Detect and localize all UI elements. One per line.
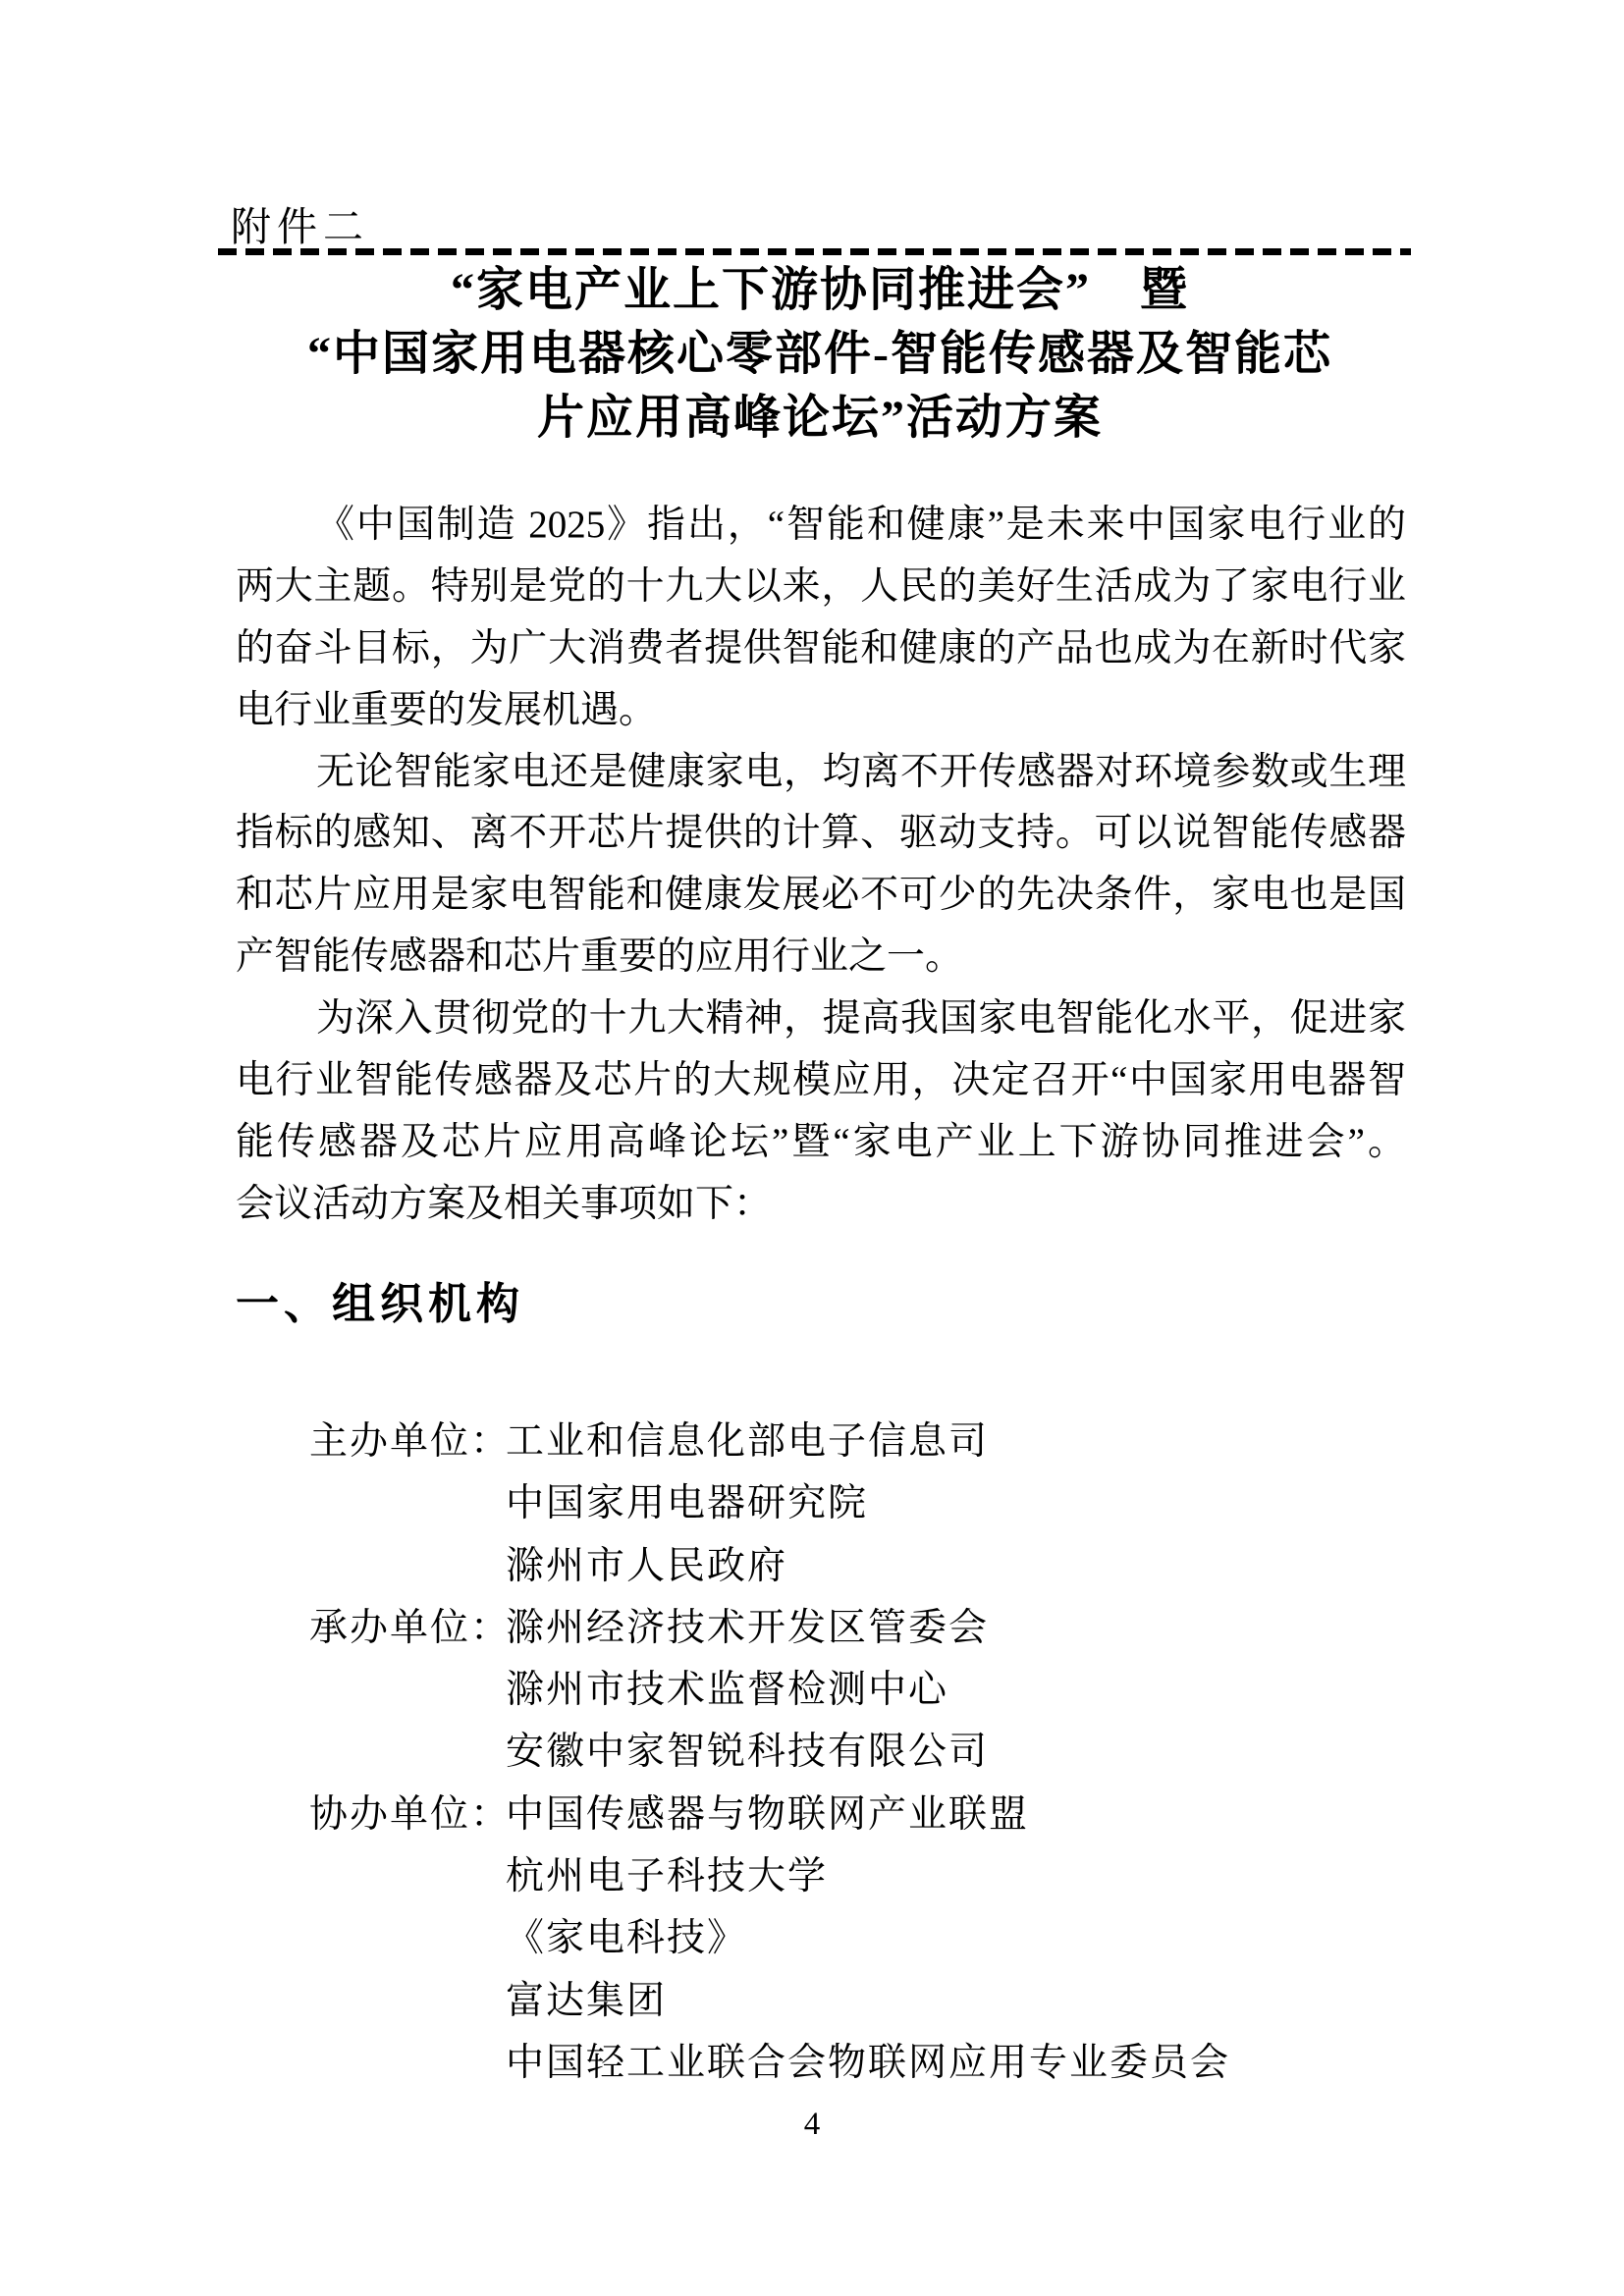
org-role-label: 协办单位： — [309, 1784, 506, 1845]
org-row: 《家电科技》 — [309, 1907, 1419, 1969]
org-row: 富达集团 — [309, 1970, 1419, 2032]
paragraph-line: 为深入贯彻党的十九大精神，提高我国家电智能化水平，促进家 — [236, 988, 1406, 1050]
title-line: 片应用高峰论坛”活动方案 — [234, 386, 1406, 450]
org-name: 滁州市人民政府 — [506, 1545, 787, 1587]
section-heading-organization: 一、组织机构 — [236, 1277, 524, 1332]
paragraph-line: 电行业智能传感器及芯片的大规模应用，决定召开“中国家用电器智 — [236, 1050, 1406, 1112]
org-name: 中国轻工业联合会物联网应用专业委员会 — [506, 2042, 1230, 2084]
org-name: 富达集团 — [506, 1980, 667, 2022]
org-role-label: 主办单位： — [309, 1411, 506, 1472]
org-row: 承办单位：滁州经济技术开发区管委会 — [309, 1597, 1419, 1659]
paragraph-line: 《中国制造 2025》指出，“智能和健康”是未来中国家电行业的 — [236, 495, 1406, 557]
org-row: 中国轻工业联合会物联网应用专业委员会 — [309, 2032, 1419, 2094]
attachment-label: 附件二 — [231, 202, 369, 251]
org-row: 主办单位：工业和信息化部电子信息司 — [309, 1411, 1419, 1472]
org-name: 中国传感器与物联网产业联盟 — [506, 1793, 1029, 1836]
paragraph-line: 电行业重要的发展机遇。 — [236, 680, 1406, 742]
org-row: 协办单位：中国传感器与物联网产业联盟 — [309, 1784, 1419, 1845]
document-title: “家电产业上下游协同推进会” 暨 “中国家用电器核心零部件-智能传感器及智能芯 … — [234, 258, 1406, 450]
org-row: 杭州电子科技大学 — [309, 1845, 1419, 1907]
org-name: 杭州电子科技大学 — [506, 1855, 828, 1897]
org-name: 中国家用电器研究院 — [506, 1482, 868, 1524]
body-text: 《中国制造 2025》指出，“智能和健康”是未来中国家电行业的 两大主题。特别是… — [236, 495, 1406, 1236]
paragraph-line: 产智能传感器和芯片重要的应用行业之一。 — [236, 927, 1406, 988]
org-row: 滁州市人民政府 — [309, 1535, 1419, 1597]
organization-list: 主办单位：工业和信息化部电子信息司 中国家用电器研究院 滁州市人民政府 承办单位… — [309, 1411, 1419, 2094]
org-name: 滁州经济技术开发区管委会 — [506, 1607, 989, 1649]
paragraph-line: 无论智能家电还是健康家电，均离不开传感器对环境参数或生理 — [236, 742, 1406, 804]
org-name: 《家电科技》 — [506, 1917, 747, 1959]
paragraph-line: 两大主题。特别是党的十九大以来，人民的美好生活成为了家电行业 — [236, 557, 1406, 618]
org-name: 安徽中家智锐科技有限公司 — [506, 1731, 989, 1773]
org-row: 滁州市技术监督检测中心 — [309, 1659, 1419, 1721]
paragraph-line: 和芯片应用是家电智能和健康发展必不可少的先决条件，家电也是国 — [236, 865, 1406, 927]
org-name: 滁州市技术监督检测中心 — [506, 1669, 948, 1711]
document-page: 附件二 “家电产业上下游协同推进会” 暨 “中国家用电器核心零部件-智能传感器及… — [0, 0, 1624, 2296]
dashed-separator — [218, 248, 1411, 255]
org-row: 安徽中家智锐科技有限公司 — [309, 1721, 1419, 1783]
title-line: “中国家用电器核心零部件-智能传感器及智能芯 — [234, 322, 1406, 386]
org-role-label: 承办单位： — [309, 1597, 506, 1659]
org-row: 中国家用电器研究院 — [309, 1472, 1419, 1534]
page-number: 4 — [0, 2103, 1624, 2146]
paragraph-line: 指标的感知、离不开芯片提供的计算、驱动支持。可以说智能传感器 — [236, 803, 1406, 865]
paragraph-line: 能传感器及芯片应用高峰论坛”暨“家电产业上下游协同推进会”。 — [236, 1112, 1406, 1174]
paragraph-line: 会议活动方案及相关事项如下： — [236, 1174, 1406, 1236]
paragraph-line: 的奋斗目标，为广大消费者提供智能和健康的产品也成为在新时代家 — [236, 618, 1406, 680]
org-name: 工业和信息化部电子信息司 — [506, 1420, 989, 1463]
title-line: “家电产业上下游协同推进会” 暨 — [234, 258, 1406, 322]
